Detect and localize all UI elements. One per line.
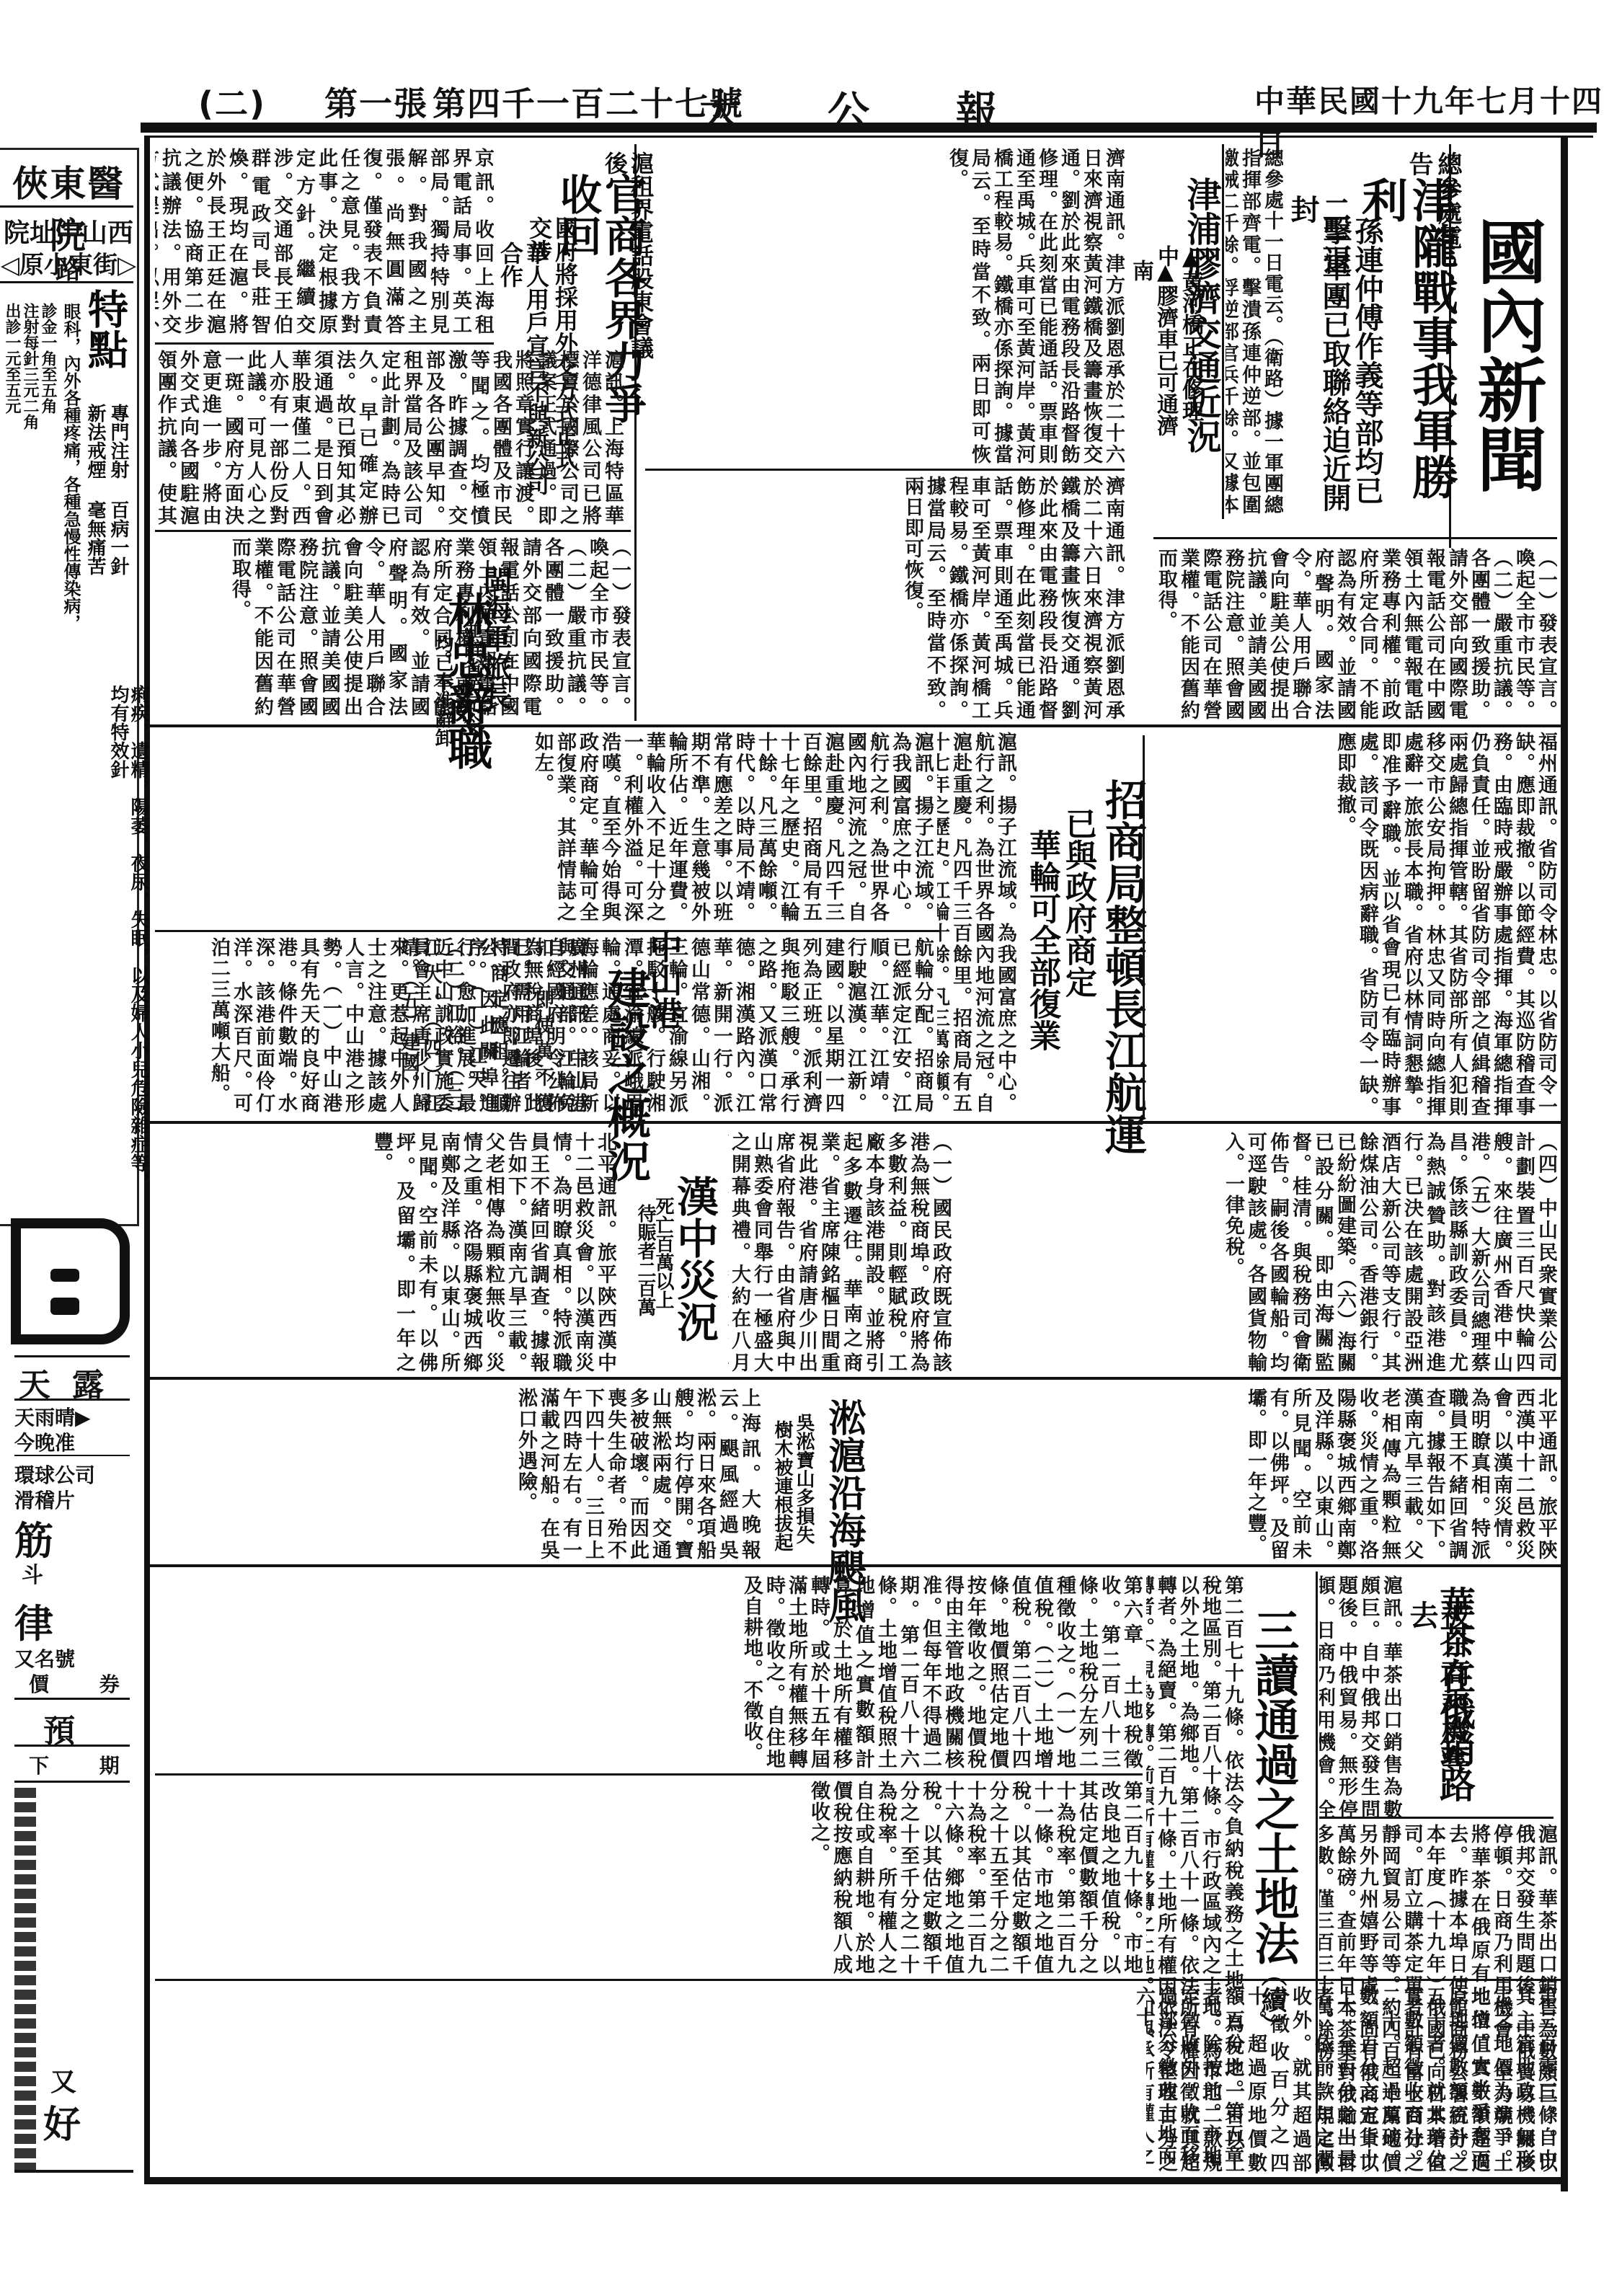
jinpu-subhead-2: ▲膠濟車已可通濟南 xyxy=(1128,260,1177,447)
tea-rule xyxy=(1319,1817,1554,1819)
theater-bottom-rule xyxy=(14,2170,133,2173)
theater-line-8: 又 xyxy=(50,2062,76,2098)
zhaoshang-subhead-2: 華輪可全部復業 xyxy=(1024,829,1060,1103)
telephone-rule-1 xyxy=(155,342,494,345)
theater-logo-bar-2 xyxy=(50,1298,79,1315)
lin-body: 福州通訊。省防司令林忠。以省防司令一缺。應即裁撤。以節經費。其巡防稽查事務。由臨… xyxy=(1146,732,1557,1117)
right-border xyxy=(1561,137,1568,2191)
band-rule-2 xyxy=(155,930,941,932)
zhaoshang-subhead-1: 已與政府商定 xyxy=(1060,807,1096,1081)
theater-rule-3 xyxy=(14,1455,130,1456)
theater-line-5: 又名號 xyxy=(14,1644,75,1672)
tea-body: 滬訊。華茶出口銷售為數頗巨。自中俄邦交發生問題後。中俄貿易。無形停頓。日商乃利用… xyxy=(1319,1575,1402,1820)
telephone-body: 京訊。收回上海租界電話局事。英工部局。獨持特別見解。對我國之主張。尚無圓滿答復。… xyxy=(155,148,494,335)
theater-rule-1 xyxy=(14,1355,130,1357)
landlaw-headline: 三讀通過之土地法 xyxy=(1247,1608,1299,1968)
zhongshan-body: 廣州通訊。中山港自經國府明令公佈為無稅商埠後。此間政府亦即遷往辦公。因此關埠進行… xyxy=(155,937,588,1114)
typhoon-subhead-1: 吳淞寶山多損失 xyxy=(793,1413,815,1586)
zhongshan-body-3: （一）國民政府既宣佈該港為無稅商埠。政府將為多數利益。則輕賦稅。工廠本身該港開設… xyxy=(728,1132,952,1373)
clinic-rule-2 xyxy=(0,281,133,283)
theater-highlight-2: 斗 xyxy=(22,1557,43,1589)
clinic-specialties: 眼科，內外各種疼痛，各種急慢性傳染病， xyxy=(61,303,80,663)
zhaoshang-body-2: 滬訊。揚子江流域。為我國富庶之中心。航行之利。為世界各國內地河流之冠。自滬赴重慶… xyxy=(155,732,934,923)
band-rule-3 xyxy=(148,1121,1561,1124)
tea-subhead: 被日商乘機奪去 xyxy=(1406,1600,1469,1788)
hanzhong-subhead-2: 待賑者二百萬 xyxy=(634,1204,656,1348)
clinic-service-2: 新法戒煙 毫無痛苦 xyxy=(85,404,105,663)
landlaw-body-4: 第三百零三條。以其主管地政機關核定之地價為準。土地增值實數額超過原地價數額百分之… xyxy=(155,1986,1557,2173)
landlaw-body-2: 第六章 土地稅徵收。第二百八十三條。土地稅分左列二種徵收之。（一）地值稅。（二）… xyxy=(155,1575,1143,1770)
typhoon-subhead-2: 樹木被連根拔起 xyxy=(771,1420,793,1593)
band-rule-1 xyxy=(148,724,1561,727)
clinic-fee-1: 診金一角至五角 xyxy=(40,303,57,519)
theater-line-1: 天雨晴▶ xyxy=(14,1402,91,1431)
clinic-address-2: ◁原小東街▷ xyxy=(0,245,137,280)
top-rule xyxy=(141,123,1597,133)
war-subhead-2: 二三軍團已取聯絡迫近開封 xyxy=(1287,195,1350,512)
masthead-title: 大公報 xyxy=(699,78,1084,121)
theater-line-3: 環球公司 xyxy=(14,1460,95,1489)
theater-logo-bar-1 xyxy=(50,1269,79,1282)
landlaw-rule-1 xyxy=(155,1773,1143,1776)
zhaoshang-divider xyxy=(1143,735,1145,1117)
zhaoshang-body: 滬訊。揚子江流域。為我國富庶之中心。航行之利。為世界各國內地河流之冠。自滬赴重慶… xyxy=(937,732,1016,1114)
jinpu-body-upper: 濟南通訊。津方派劉恩承於二十六日來濟視察黃河鐵橋及籌畫恢復交通。劉於此來由電務段… xyxy=(645,148,1125,465)
masthead-issue: 第四千一百二十七號 xyxy=(433,78,744,121)
theater-highlight-3: 律 xyxy=(14,1593,53,1649)
jinpu-mid-rule xyxy=(645,469,1125,471)
clinic-fee-3: 出診一元至五元 xyxy=(4,303,21,519)
telephone-body-3: （一）發表宣言。喚起全市市民等。（二）嚴重抗議。各團體一致援助。請外交部向國際電… xyxy=(155,537,631,717)
masthead-sheet: 第一張 xyxy=(324,78,428,121)
protest-rule xyxy=(1153,537,1557,539)
theater-line-9: 好 xyxy=(43,2094,81,2148)
section-title: 國內新聞 xyxy=(1463,216,1550,519)
typhoon-body-right: 北平通訊。旅平陝西漢中十二邑救災會。以漢南災情。為明瞭真相。特派職員王不緒回省調… xyxy=(872,1388,1557,1561)
band-rule-5 xyxy=(148,1564,1561,1567)
zhongshan-body-2: （四）中山民衆實業公司計劃裝置三百尺快輪四艘。來往廣州香港中山港。（五）大新公司… xyxy=(959,1132,1557,1373)
band-rule-4 xyxy=(148,1377,1561,1380)
clinic-service-1: 專門注射 百病一針 xyxy=(108,404,128,663)
masthead-date: 中華民國十九年七月十四日 xyxy=(1254,78,1622,121)
theater-line-6: 價 券 xyxy=(29,1669,141,1698)
theater-rule-5 xyxy=(14,1745,130,1747)
war-divider xyxy=(1222,144,1224,519)
bottom-rule xyxy=(144,2177,1568,2184)
theater-line-4: 滑稽片 xyxy=(14,1485,75,1514)
clinic-feature-title: 特點 xyxy=(83,288,128,396)
theater-rule-4 xyxy=(14,1698,130,1700)
masthead-page-number: (二) xyxy=(198,78,266,121)
landlaw-body-3: 第二百九十條。市地改良地之地值稅。以其估定價數額千分之十為稅率。第二百九十一條。… xyxy=(155,1781,1143,1975)
theater-side-strip xyxy=(14,1788,36,2170)
hanzhong-body: 北平通訊。旅平陝西漢中十二邑救災會。以漢南災情。為明瞭真相。特派職員王不緒回省調… xyxy=(155,1132,616,1373)
theater-line-2: 今晚准 xyxy=(14,1427,75,1456)
telephone-body-2: 滬訊。上海特區華洋德律風公司已將標賣於國際公司之議案正式通過。即將照章實行讓渡。… xyxy=(155,350,624,526)
hanzhong-headline: 漢中災況 xyxy=(670,1175,718,1377)
protest-body: （一）發表宣言。喚起全市市民等。（二）嚴重抗議。各團體一致援助。請外交部向國際電… xyxy=(793,548,1557,721)
top-rule-thin xyxy=(144,136,1593,138)
theater-line-7: 下 期 xyxy=(29,1750,141,1779)
clinic-fee-2: 注射每針三元二角 xyxy=(22,303,39,519)
clinic-other: 痢疾，遺精，陽萎，夜尿，失眠，以及婦人小兒危險雜症等，均有特效針 xyxy=(108,685,149,1204)
typhoon-body: 上海訊。大晚報云。颶風經過吳淞。兩日來各項船艘。均行停開。寶山無淞兩處。交通多被… xyxy=(155,1388,761,1561)
landlaw-rule-2 xyxy=(155,1979,1561,1981)
telephone-rule-2 xyxy=(155,530,631,532)
theater-rule-2 xyxy=(14,1399,130,1401)
war-body: 總參處十一日電云。（衛路）據一軍團總指揮部齊電。擊潰孫連仲逆部。並包圍繳械二千餘… xyxy=(1226,148,1283,515)
theater-rule-6 xyxy=(14,1781,130,1783)
clinic-rule-1 xyxy=(0,205,133,208)
